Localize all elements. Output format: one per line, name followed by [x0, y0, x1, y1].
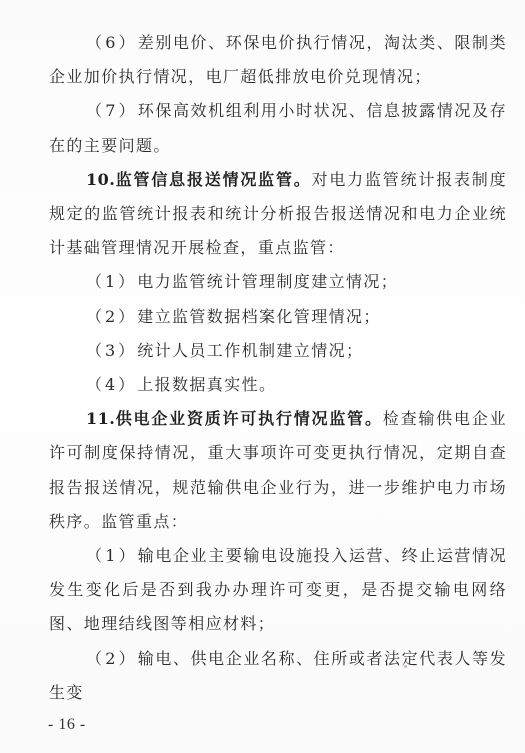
- item-label: （2）: [86, 307, 137, 326]
- list-item-1-transmission-facilities: （1）输电企业主要输电设施投入运营、终止运营情况发生变化后是否到我办办理许可变更…: [49, 539, 507, 642]
- list-item-7-efficient-units: （7）环保高效机组利用小时状况、信息披露情况及存在的主要问题。: [49, 94, 507, 162]
- section-title: 供电企业资质许可执行情况监管。: [115, 409, 382, 428]
- section-11-license-supervision: 11.供电企业资质许可执行情况监管。检查输供电企业许可制度保持情况，重大事项许可…: [49, 402, 507, 539]
- item-text: 上报数据真实性。: [137, 375, 276, 394]
- section-number: 11.: [86, 409, 115, 428]
- list-item-2-data-archiving: （2）建立监管数据档案化管理情况；: [49, 300, 507, 334]
- document-body: （6）差别电价、环保电价执行情况，淘汰类、限制类企业加价执行情况，电厂超低排放电…: [49, 26, 507, 710]
- section-number: 10.: [86, 170, 115, 189]
- list-item-1-stat-system: （1）电力监管统计管理制度建立情况；: [49, 265, 507, 299]
- item-label: （7）: [86, 101, 138, 120]
- item-text: 电力监管统计管理制度建立情况；: [137, 272, 398, 291]
- section-title: 监管信息报送情况监管。: [115, 170, 311, 189]
- document-page: （6）差别电价、环保电价执行情况，淘汰类、限制类企业加价执行情况，电厂超低排放电…: [0, 0, 525, 753]
- item-label: （1）: [86, 546, 138, 565]
- list-item-6-price-execution: （6）差别电价、环保电价执行情况，淘汰类、限制类企业加价执行情况，电厂超低排放电…: [49, 26, 507, 94]
- item-label: （3）: [86, 341, 137, 360]
- list-item-3-staff-mechanism: （3）统计人员工作机制建立情况；: [49, 334, 507, 368]
- item-label: （2）: [86, 649, 138, 668]
- list-item-4-data-authenticity: （4）上报数据真实性。: [49, 368, 507, 402]
- scan-speck: [404, 665, 407, 668]
- page-number: - 16 -: [48, 716, 86, 734]
- item-text: 建立监管数据档案化管理情况；: [137, 307, 381, 326]
- item-label: （1）: [86, 272, 137, 291]
- item-text: 统计人员工作机制建立情况；: [137, 341, 363, 360]
- item-label: （4）: [86, 375, 137, 394]
- item-label: （6）: [86, 33, 138, 52]
- section-10-info-reporting: 10.监管信息报送情况监管。对电力监管统计报表制度规定的监管统计报表和统计分析报…: [49, 163, 507, 266]
- list-item-2-enterprise-changes: （2）输电、供电企业名称、住所或者法定代表人等发生变: [49, 642, 507, 710]
